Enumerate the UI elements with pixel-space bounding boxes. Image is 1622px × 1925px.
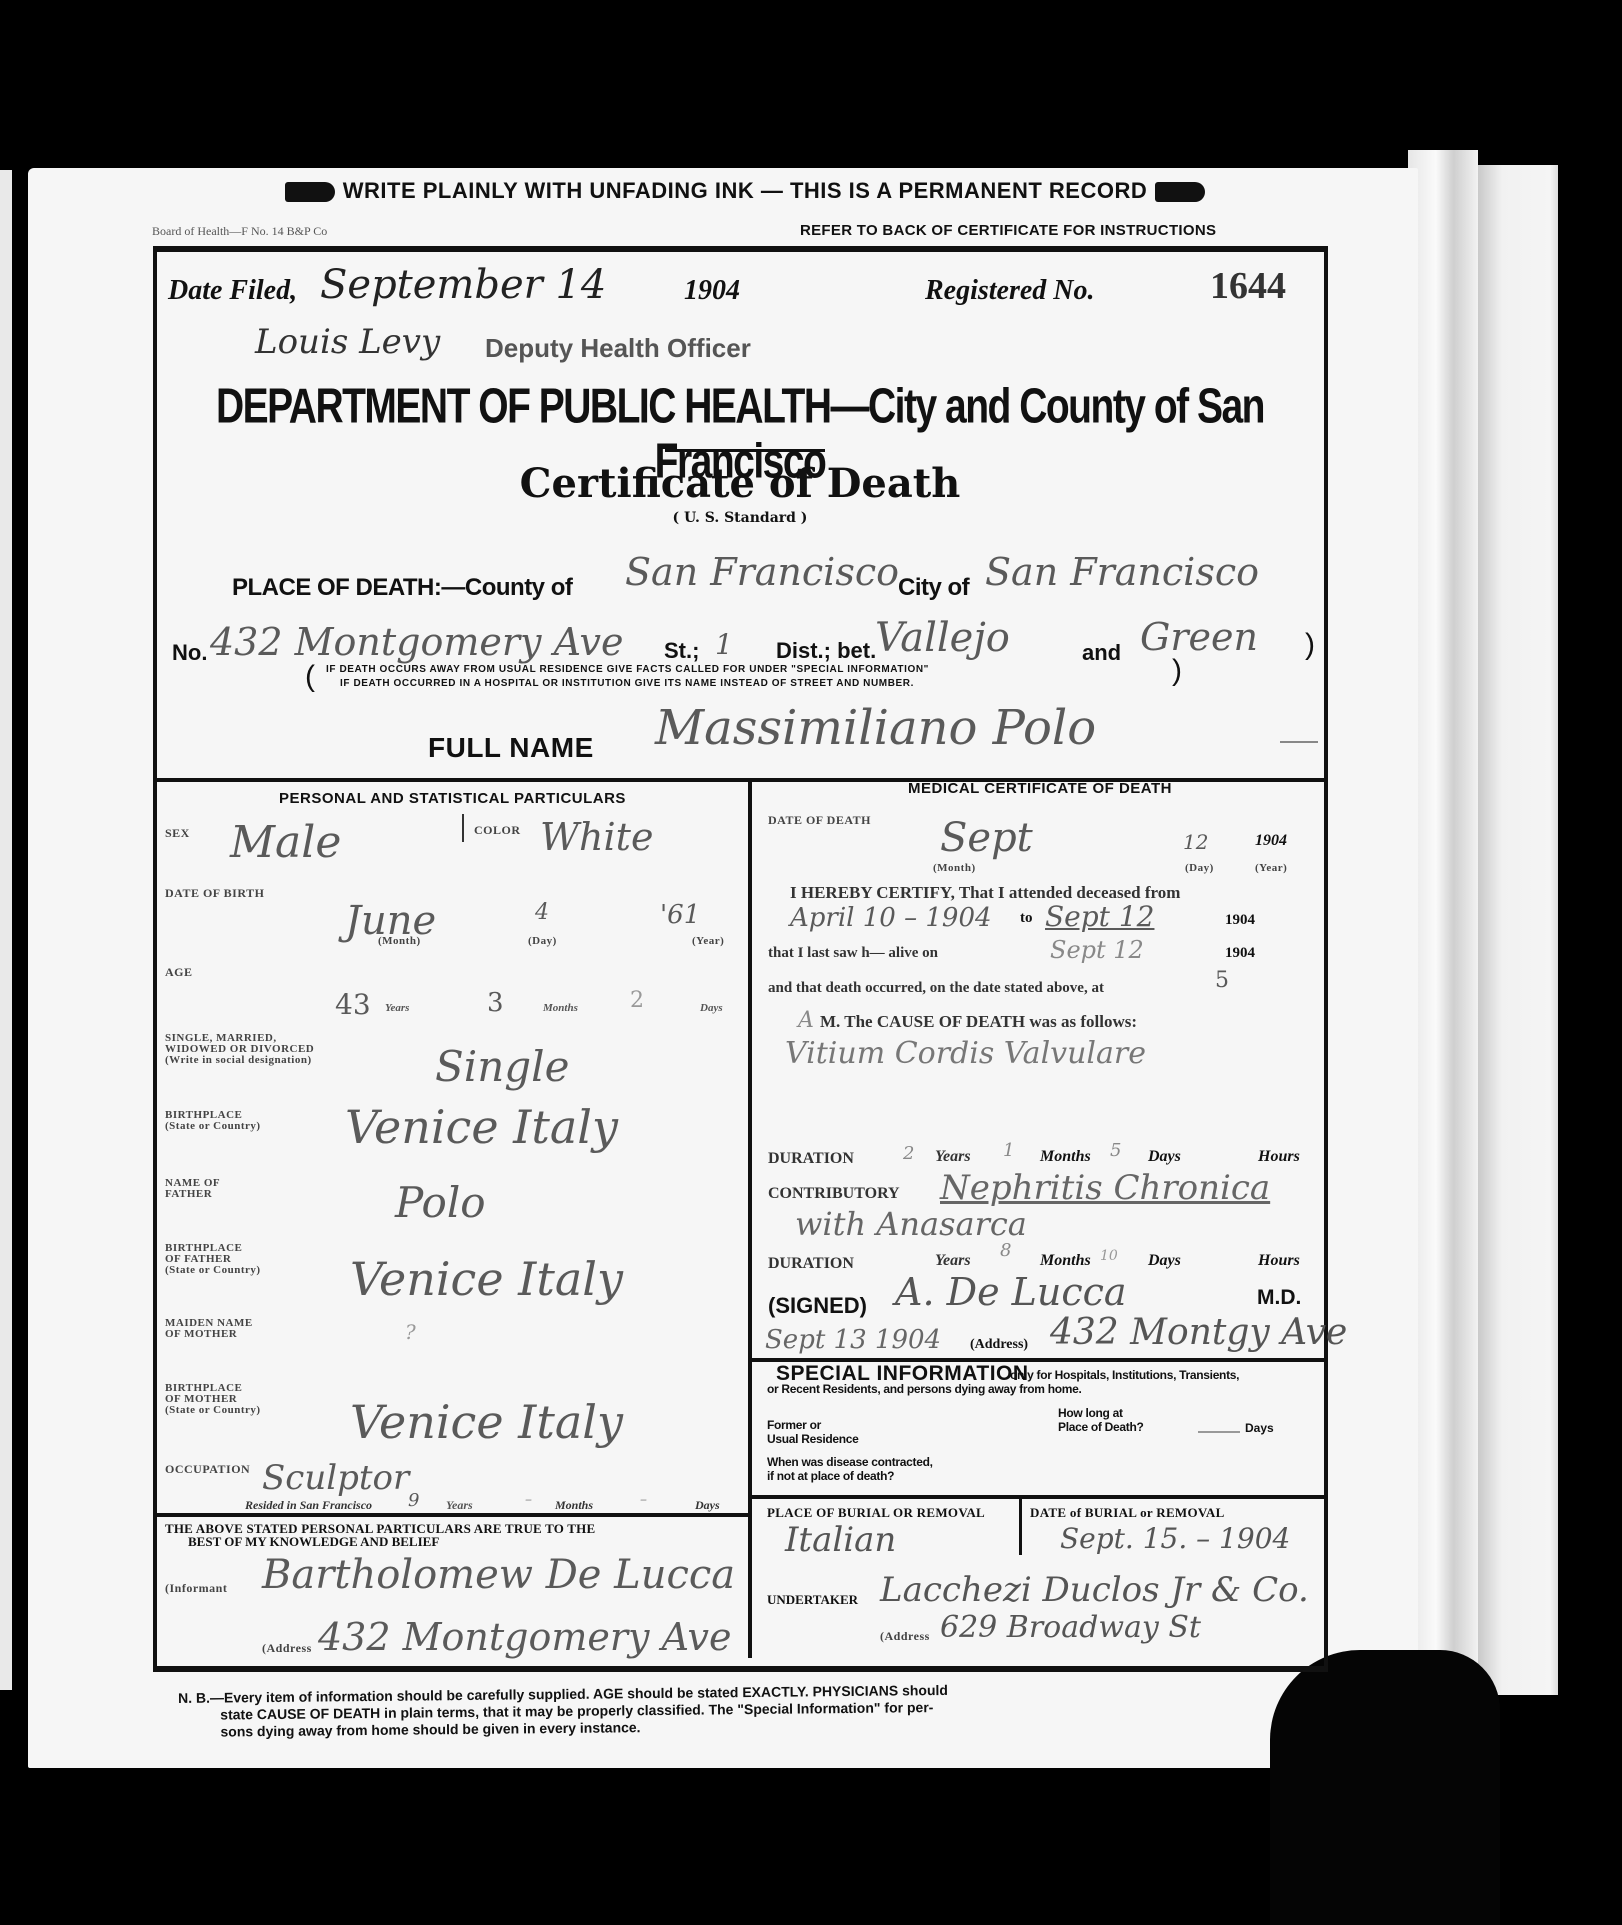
disease-contracted-label: When was disease contracted, if not at p… — [767, 1455, 933, 1483]
duration1-hours-caption: Hours — [1258, 1148, 1300, 1166]
resided-months: – — [525, 1492, 532, 1508]
column-divider — [748, 778, 752, 1658]
last-saw-year: 1904 — [1225, 945, 1255, 962]
duration1-months-caption: Months — [1040, 1148, 1091, 1166]
signed-label: (SIGNED) — [768, 1293, 867, 1319]
dod-day-caption: (Day) — [1185, 862, 1214, 874]
duration1-label: DURATION — [768, 1150, 854, 1168]
undertaker-value: Lacchezi Duclos Jr & Co. — [880, 1570, 1309, 1610]
duration2-months: 8 — [1000, 1240, 1011, 1261]
cause-label: M. The CAUSE OF DEATH was as follows: — [820, 1012, 1137, 1032]
dob-day: 4 — [535, 900, 549, 925]
dob-label: DATE OF BIRTH — [165, 887, 264, 899]
standard-note: ( U. S. Standard ) — [330, 510, 1150, 526]
adjacent-page-edge — [0, 170, 12, 1690]
next-page-edge — [1478, 165, 1558, 1695]
informant-address-value: 432 Montgomery Ave — [318, 1615, 731, 1659]
contributory-value-2: with Anasarca — [795, 1205, 1027, 1243]
title-divider — [665, 449, 825, 452]
attestation-line2: BEST OF MY KNOWLEDGE AND BELIEF — [188, 1534, 439, 1550]
marital-value: Single — [435, 1042, 569, 1091]
duration2-days-caption: Days — [1148, 1252, 1181, 1270]
sex-value: Male — [230, 817, 341, 868]
place-of-death-label: PLACE OF DEATH:—County of — [232, 574, 572, 602]
resided-years-caption: Years — [446, 1498, 473, 1513]
dod-month: Sept — [940, 815, 1033, 861]
father-name-label: NAME OF FATHER — [165, 1178, 220, 1200]
attended-to: Sept 12 — [1045, 900, 1154, 933]
officer-title: Deputy Health Officer — [485, 333, 751, 364]
age-days-caption: Days — [700, 1002, 723, 1014]
date-filed-year: 1904 — [684, 275, 740, 307]
city-value: San Francisco — [985, 550, 1259, 594]
informant-value: Bartholomew De Lucca — [262, 1552, 735, 1598]
contributory-label: CONTRIBUTORY — [768, 1185, 900, 1203]
duration2-days: 10 — [1100, 1248, 1118, 1264]
resided-label: Resided in San Francisco — [245, 1498, 372, 1513]
resided-months-caption: Months — [555, 1498, 593, 1513]
dod-month-caption: (Month) — [933, 862, 976, 874]
age-months: 3 — [487, 988, 504, 1018]
occupation-value: Sculptor — [262, 1458, 409, 1498]
burial-divider — [752, 1495, 1328, 1499]
birthplace-label: BIRTHPLACE (State or Country) — [165, 1110, 261, 1132]
full-name-rule — [1280, 741, 1318, 743]
color-value: White — [540, 815, 653, 859]
ink-warning: WRITE PLAINLY WITH UNFADING INK — THIS I… — [205, 178, 1285, 204]
burial-place-label: PLACE OF BURIAL OR REMOVAL — [767, 1505, 985, 1521]
age-days: 2 — [630, 988, 644, 1013]
special-info-sub2: or Recent Residents, and persons dying a… — [767, 1382, 1082, 1396]
instructions-note: REFER TO BACK OF CERTIFICATE FOR INSTRUC… — [800, 222, 1216, 239]
dod-label: DATE OF DEATH — [768, 814, 871, 826]
registered-label: Registered No. — [925, 275, 1095, 307]
duration1-days: 5 — [1110, 1140, 1121, 1161]
city-label: City of — [898, 574, 969, 602]
duration2-hours-caption: Hours — [1258, 1252, 1300, 1270]
duration2-years-caption: Years — [935, 1252, 971, 1270]
paren-close: ) — [1305, 628, 1315, 662]
place-note-line2: IF DEATH OCCURRED IN A HOSPITAL OR INSTI… — [340, 678, 914, 689]
street-no-label: No. — [172, 640, 207, 666]
death-time-hour: 5 — [1215, 968, 1229, 993]
physician-address-label: (Address) — [970, 1337, 1028, 1353]
county-value: San Francisco — [625, 550, 899, 594]
officer-signature: Louis Levy — [255, 322, 440, 362]
father-birthplace-label: BIRTHPLACE OF FATHER (State or Country) — [165, 1243, 261, 1276]
mother-birthplace-value: Venice Italy — [350, 1395, 623, 1449]
date-filed-label: Date Filed, — [168, 275, 297, 307]
death-occurred-text: and that death occurred, on the date sta… — [768, 980, 1104, 997]
resided-days: – — [640, 1492, 647, 1508]
burial-column-divider — [1019, 1495, 1022, 1555]
age-months-caption: Months — [543, 1002, 578, 1014]
personal-heading: PERSONAL AND STATISTICAL PARTICULARS — [160, 790, 745, 807]
burial-date-value: Sept. 15. – 1904 — [1060, 1522, 1290, 1555]
last-saw-value: Sept 12 — [1050, 936, 1144, 964]
marital-label: SINGLE, MARRIED, WIDOWED OR DIVORCED (Wr… — [165, 1033, 314, 1066]
dob-day-caption: (Day) — [528, 935, 557, 947]
resided-days-caption: Days — [695, 1498, 720, 1513]
ward-value: 1 — [715, 628, 733, 661]
last-saw-label: that I last saw h— alive on — [768, 945, 938, 962]
form-number: Board of Health—F No. 14 B&P Co — [152, 224, 327, 239]
duration1-years-caption: Years — [935, 1148, 971, 1166]
special-info-sub1: only for Hospitals, Institutions, Transi… — [1010, 1368, 1239, 1382]
informant-address-label: (Address — [262, 1642, 312, 1654]
age-label: AGE — [165, 966, 193, 978]
sex-label: SEX — [165, 827, 190, 839]
cause-value: Vitium Cordis Valvulare — [785, 1036, 1146, 1071]
dod-year-caption: (Year) — [1255, 862, 1287, 874]
dob-month-caption: (Month) — [378, 935, 421, 947]
attended-from: April 10 – 1904 — [790, 903, 992, 933]
dod-day: 12 — [1183, 830, 1208, 854]
attestation-divider — [153, 1513, 749, 1517]
street-address-value: 432 Montgomery Ave — [210, 620, 623, 664]
paren-close-note: ) — [1172, 654, 1182, 688]
between-street-1: Vallejo — [875, 615, 1010, 661]
footnote: N. B.—Every item of information should b… — [178, 1682, 948, 1741]
pointing-hand-icon — [1155, 182, 1205, 202]
certificate-title: Certificate of Death — [330, 460, 1150, 507]
district-label: Dist.; bet. — [776, 638, 876, 664]
father-name-value: Polo — [395, 1178, 486, 1227]
how-long-days: Days — [1245, 1421, 1274, 1435]
st-label: St.; — [664, 638, 699, 664]
former-residence-label: Former or Usual Residence — [767, 1418, 859, 1446]
date-filed-value: September 14 — [320, 262, 606, 308]
duration2-months-caption: Months — [1040, 1252, 1091, 1270]
duration2-label: DURATION — [768, 1255, 854, 1273]
contributory-value-1: Nephritis Chronica — [940, 1168, 1270, 1208]
undertaker-address-label: (Address — [880, 1630, 930, 1642]
place-note-line1: IF DEATH OCCURS AWAY FROM USUAL RESIDENC… — [326, 664, 929, 675]
pointing-hand-icon — [285, 182, 335, 202]
mother-name-label: MAIDEN NAME OF MOTHER — [165, 1318, 253, 1340]
full-name-label: FULL NAME — [428, 732, 594, 764]
undertaker-address-value: 629 Broadway St — [940, 1610, 1201, 1645]
color-divider — [462, 814, 464, 842]
undertaker-label: UNDERTAKER — [767, 1592, 858, 1608]
physician-signature: A. De Lucca — [895, 1270, 1127, 1314]
death-time-ampm: A — [798, 1008, 814, 1033]
md-label: M.D. — [1257, 1286, 1301, 1310]
informant-label: (Informant — [165, 1582, 227, 1594]
dob-year-caption: (Year) — [692, 935, 724, 947]
dod-year: 1904 — [1255, 832, 1287, 850]
full-name-value: Massimiliano Polo — [655, 700, 1096, 756]
color-label: COLOR — [474, 824, 521, 836]
attended-to-year: 1904 — [1225, 912, 1255, 929]
dob-year: '61 — [660, 900, 700, 930]
physician-address-value: 432 Montgy Ave — [1050, 1312, 1347, 1353]
mother-birthplace-label: BIRTHPLACE OF MOTHER (State or Country) — [165, 1383, 261, 1416]
duration1-years: 2 — [903, 1143, 914, 1164]
father-birthplace-value: Venice Italy — [350, 1252, 623, 1306]
paren-open: ( — [305, 660, 315, 694]
how-long-rule — [1198, 1431, 1240, 1433]
burial-place-value: Italian — [785, 1520, 896, 1560]
birthplace-value: Venice Italy — [345, 1100, 618, 1154]
signed-date: Sept 13 1904 — [765, 1325, 941, 1355]
duration1-months: 1 — [1003, 1140, 1014, 1161]
medical-heading: MEDICAL CERTIFICATE OF DEATH — [752, 780, 1328, 797]
burial-date-label: DATE of BURIAL or REMOVAL — [1030, 1505, 1225, 1521]
between-street-2: Green — [1140, 615, 1258, 659]
and-label: and — [1082, 640, 1121, 666]
scan-shadow — [1270, 1650, 1500, 1925]
mother-name-value: ? — [405, 1320, 416, 1344]
age-years: 43 — [335, 988, 371, 1021]
occupation-label: OCCUPATION — [165, 1463, 250, 1475]
page-binding-strip — [1408, 150, 1478, 1690]
duration1-days-caption: Days — [1148, 1148, 1181, 1166]
registered-number: 1644 — [1210, 264, 1286, 308]
resided-years: 9 — [408, 1490, 419, 1511]
age-years-caption: Years — [385, 1002, 409, 1014]
attended-to-label: to — [1020, 910, 1033, 927]
how-long-label: How long at Place of Death? — [1058, 1406, 1144, 1434]
